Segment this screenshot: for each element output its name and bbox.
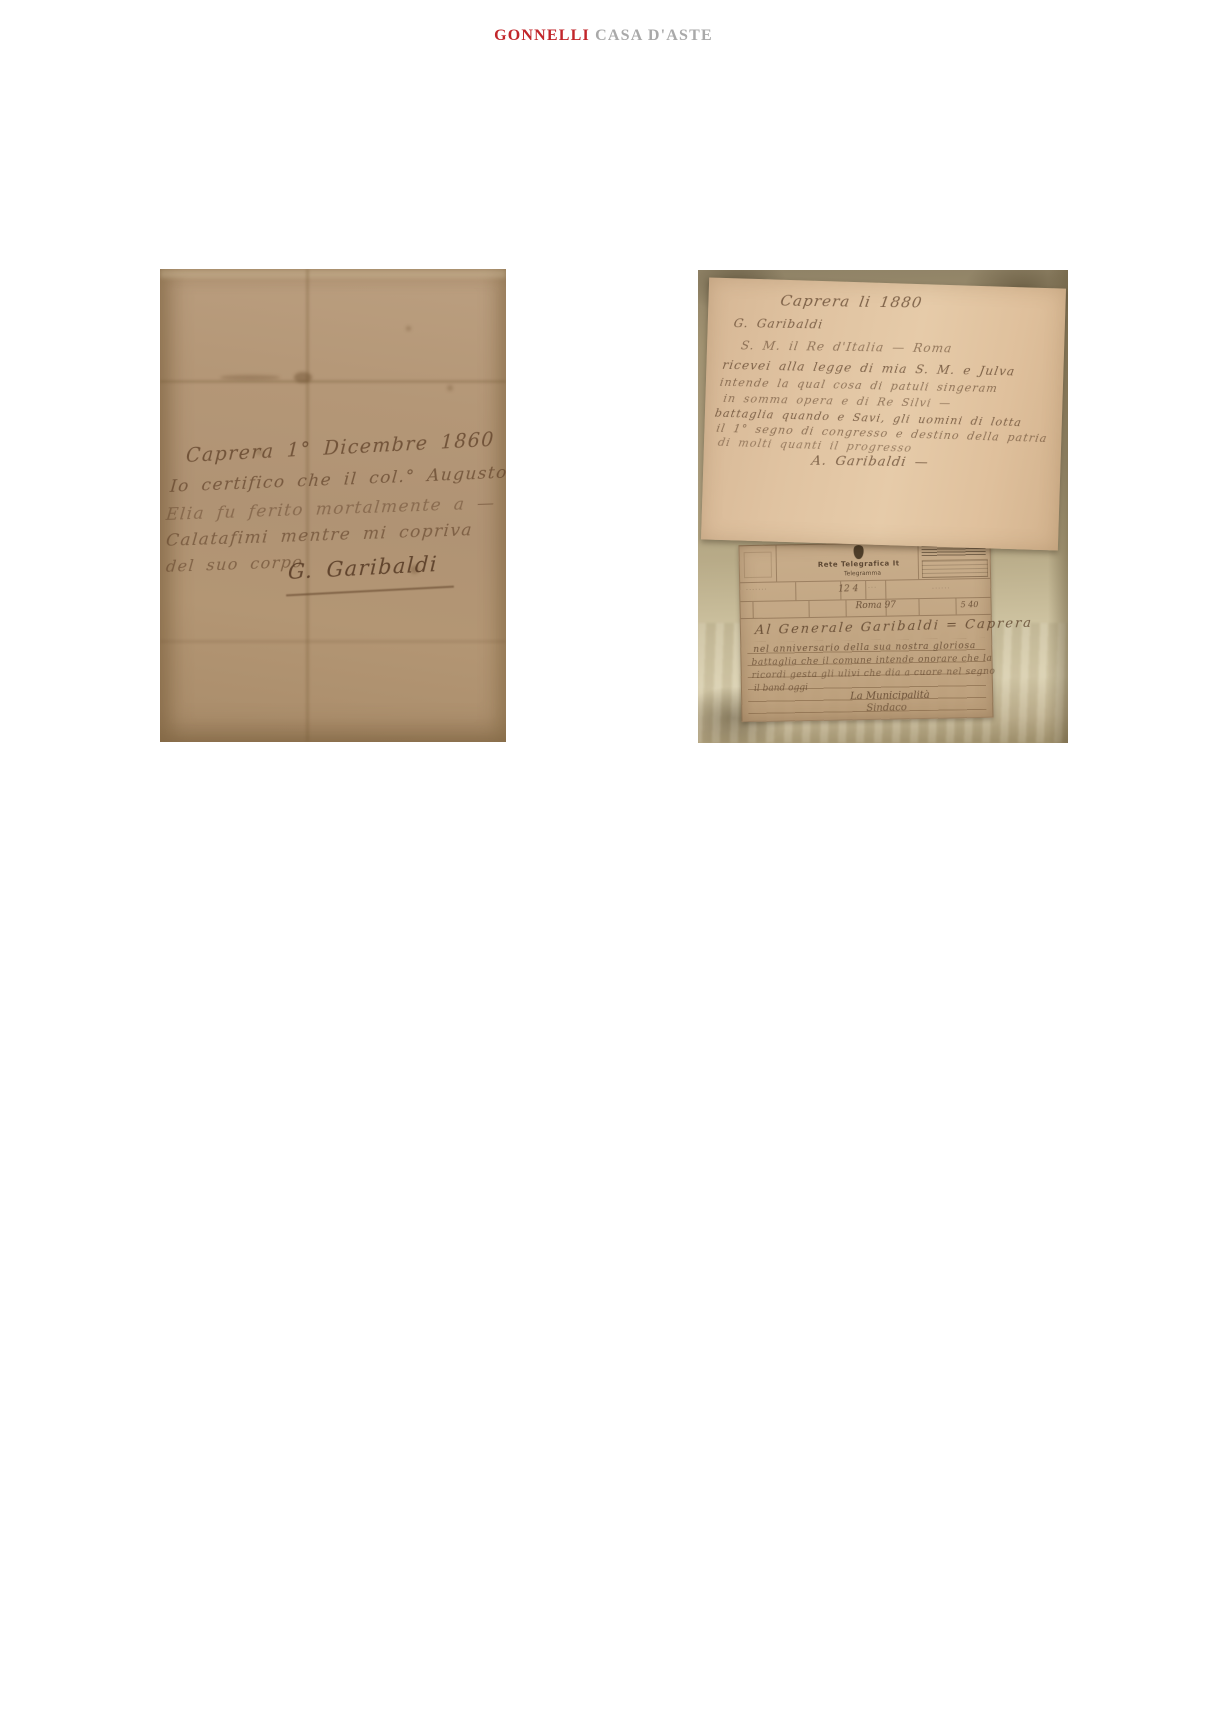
handwriting-line: S. M. il Re d'Italia — Roma	[740, 339, 954, 356]
paper-stain	[406, 326, 411, 331]
garibaldi-signature: G. Garibaldi	[287, 552, 438, 584]
micro-label: · · · · · ·	[932, 586, 949, 592]
brand-name: GONNELLI	[494, 27, 590, 44]
form-rule	[917, 543, 919, 579]
form-rule	[955, 598, 956, 614]
telegram-signature-line: Sindaco	[866, 702, 907, 714]
catalog-page: GONNELLI CASA D'ASTE Caprera 1° Dicembre…	[0, 0, 1207, 1733]
form-cell	[744, 552, 772, 578]
telegram-form: Rete Telegrafica It Telegramma · · · · ·…	[738, 541, 993, 722]
page-header: GONNELLI CASA D'ASTE	[0, 27, 1207, 45]
form-rule	[845, 600, 846, 616]
note-and-telegram-photo: Caprera li 1880 G. Garibaldi S. M. il Re…	[698, 270, 1068, 743]
form-rule	[752, 602, 753, 618]
telegram-signature-line: La Municipalità	[850, 690, 930, 702]
telegram-crest-icon	[853, 545, 863, 559]
paper-highlight	[160, 269, 506, 278]
handwriting-line: ricevei alla legge di mia S. M. e Julva	[721, 358, 1016, 379]
printed-text-block	[922, 559, 988, 578]
handwritten-note: Caprera li 1880 G. Garibaldi S. M. il Re…	[701, 277, 1066, 550]
note-signature: A. Garibaldi —	[810, 454, 930, 471]
telegram-printed-subtitle: Telegramma	[844, 570, 881, 578]
form-rule	[885, 581, 886, 599]
brand-suffix: CASA D'ASTE	[595, 27, 713, 44]
form-rule	[918, 599, 919, 615]
handwriting-line: Calatafimi mentre mi copriva	[165, 520, 474, 551]
handwriting-line: Caprera 1° Dicembre 1860	[185, 429, 495, 467]
handwriting-line: G. Garibaldi	[733, 316, 825, 331]
telegram-address-line: Al Generale Garibaldi = Caprera	[754, 616, 1033, 638]
form-rule	[775, 546, 777, 582]
paper-stain	[220, 375, 280, 380]
handwriting-line: Io certifico che il col.° Augusto	[169, 463, 506, 497]
form-rule	[795, 582, 796, 600]
micro-label: · · ·	[868, 585, 876, 591]
signature-flourish	[286, 586, 454, 597]
form-rule	[865, 581, 866, 599]
horizontal-fold-crease-lower	[160, 640, 506, 643]
telegram-field-value: Roma 97	[855, 600, 896, 611]
paper-stain	[447, 385, 453, 391]
form-rule	[808, 601, 809, 617]
telegram-message-line: il band oggi	[754, 683, 808, 694]
garibaldi-letter-photo: Caprera 1° Dicembre 1860 Io certifico ch…	[160, 269, 506, 742]
micro-label: · · · · · · ·	[746, 587, 766, 593]
paper-stain	[294, 372, 312, 383]
handwriting-line: del suo corpo	[165, 552, 304, 576]
telegram-printed-title: Rete Telegrafica It	[818, 559, 900, 568]
telegram-field-value: 5 40	[960, 600, 978, 609]
note-heading: Caprera li 1880	[779, 292, 924, 312]
horizontal-fold-crease-upper	[160, 380, 506, 383]
telegram-field-value: 12 4	[838, 584, 858, 594]
